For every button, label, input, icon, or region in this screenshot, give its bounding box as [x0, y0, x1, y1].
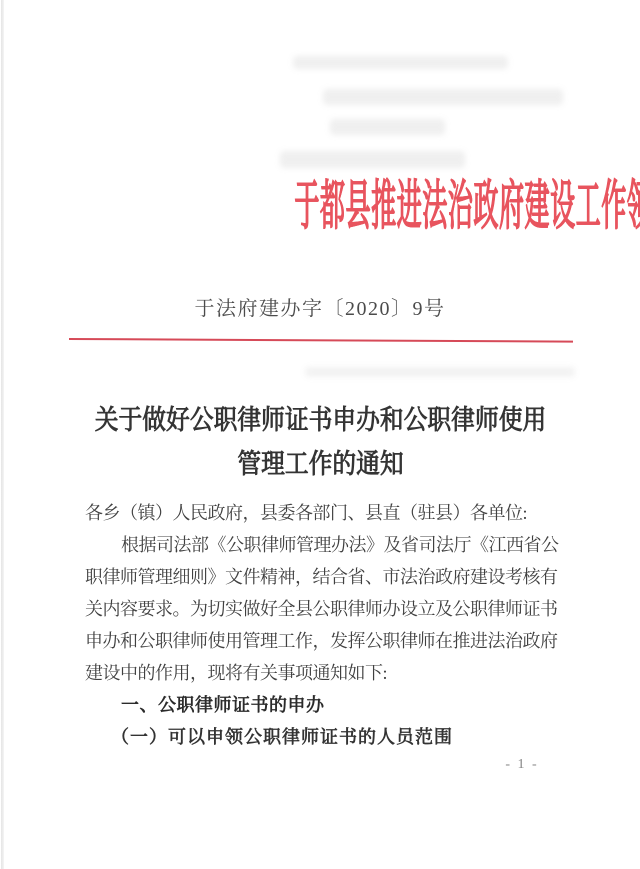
bleed-through-artifact: [293, 56, 508, 69]
document-reference-number: 于法府建办字〔2020〕9号: [0, 292, 640, 321]
page-number: - 1 -: [492, 757, 552, 773]
subsection-heading: （一）可以申领公职律师证书的人员范围: [85, 721, 563, 753]
bleed-through-artifact: [330, 119, 445, 135]
section-heading: 一、公职律师证书的申办: [85, 689, 563, 721]
document-title: 关于做好公职律师证书申办和公职律师使用 管理工作的通知: [0, 398, 640, 486]
paragraph-line: 建设中的作用，现将有关事项通知如下:: [85, 657, 563, 689]
document-title-line-2: 管理工作的通知: [0, 442, 640, 486]
salutation-line: 各乡（镇）人民政府，县委各部门、县直（驻县）各单位:: [85, 497, 563, 529]
red-divider-line: [69, 338, 573, 343]
document-body: 各乡（镇）人民政府，县委各部门、县直（驻县）各单位: 根据司法部《公职律师管理办…: [85, 497, 563, 753]
issuing-authority-name: 于都县推进法治政府建设工作领导小组办公室: [294, 163, 640, 240]
paragraph-line: 申办和公职律师使用管理工作，发挥公职律师在推进法治政府: [85, 625, 563, 657]
paragraph-line: 职律师管理细则》文件精神，结合省、市法治政府建设考核有: [85, 561, 563, 593]
paragraph-line: 关内容要求。为切实做好全县公职律师办设立及公职律师证书: [85, 593, 563, 625]
scanned-official-document-page: 于都县推进法治政府建设工作领导小组办公室 于法府建办字〔2020〕9号 关于做好…: [0, 0, 640, 869]
issuing-authority-masthead: 于都县推进法治政府建设工作领导小组办公室: [0, 163, 640, 240]
bleed-through-artifact: [323, 89, 563, 105]
bleed-through-artifact: [305, 367, 575, 377]
paragraph-line: 根据司法部《公职律师管理办法》及省司法厅《江西省公: [85, 529, 563, 561]
document-title-line-1: 关于做好公职律师证书申办和公职律师使用: [0, 398, 640, 442]
